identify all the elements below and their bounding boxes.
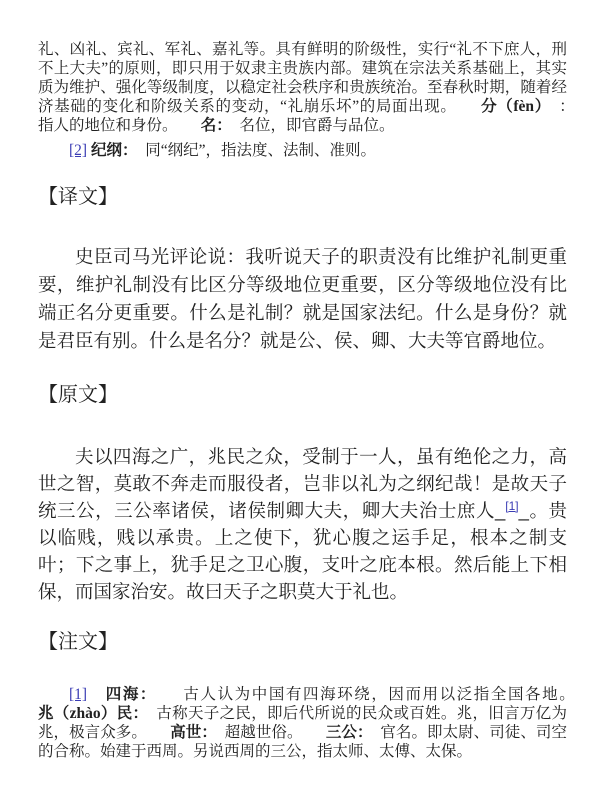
section-header-translation: 【译文】: [38, 186, 567, 208]
section-header-original: 【原文】: [38, 384, 567, 406]
intro-notes-paragraph: 礼、凶礼、宾礼、军礼、嘉礼等。具有鲜明的阶级性，实行“礼不下庶人，刑不上大夫”的…: [38, 40, 567, 135]
text-run: 名位，即官爵与品位。: [224, 117, 395, 134]
text-run: 古人认为中国有四海环绕，因而用以泛指全国各地。: [149, 686, 598, 703]
note-ref-link[interactable]: [2]: [69, 142, 87, 159]
text-run: 同“纲纪”，指法度、法制、准则。: [130, 142, 376, 159]
term-bold: 名：: [201, 117, 224, 134]
term-bold: 分（fèn）: [481, 98, 543, 115]
term-bold: 纪纲：: [91, 142, 130, 159]
original-text-paragraph: 夫以四海之广，兆民之众，受制于一人，虽有绝伦之力，高世之智，莫敢不奔走而服役者，…: [38, 443, 567, 605]
term-bold: 高世：: [170, 724, 209, 741]
document-page: 礼、凶礼、宾礼、军礼、嘉礼等。具有鲜明的阶级性，实行“礼不下庶人，刑不上大夫”的…: [0, 0, 600, 800]
translation-paragraph: 史臣司马光评论说：我听说天子的职责没有比维护礼制更重要，维护礼制没有比区分等级地…: [38, 244, 567, 356]
note-ref-link[interactable]: [1]: [505, 499, 518, 513]
annotation-paragraph: [1] 四海： 古人认为中国有四海环绕，因而用以泛指全国各地。 兆（zhào）民…: [38, 685, 567, 761]
footnote-superscript: [1]: [505, 499, 518, 513]
term-bold: 三公：: [326, 724, 365, 741]
text-run: [87, 686, 106, 703]
text-run: 夫以四海之广，兆民之众，受制于一人，虽有绝伦之力，高世之智，莫敢不奔走而服役者，…: [38, 446, 567, 521]
section-header-annotation: 【注文】: [38, 631, 567, 653]
term-bold: 兆（zhào）民：: [38, 705, 141, 722]
note-2-paragraph: [2] 纪纲： 同“纲纪”，指法度、法制、准则。: [38, 141, 567, 160]
note-ref-link[interactable]: [1]: [69, 686, 87, 703]
text-run: 超越世俗。: [209, 724, 326, 741]
term-bold: 四海：: [106, 686, 150, 703]
